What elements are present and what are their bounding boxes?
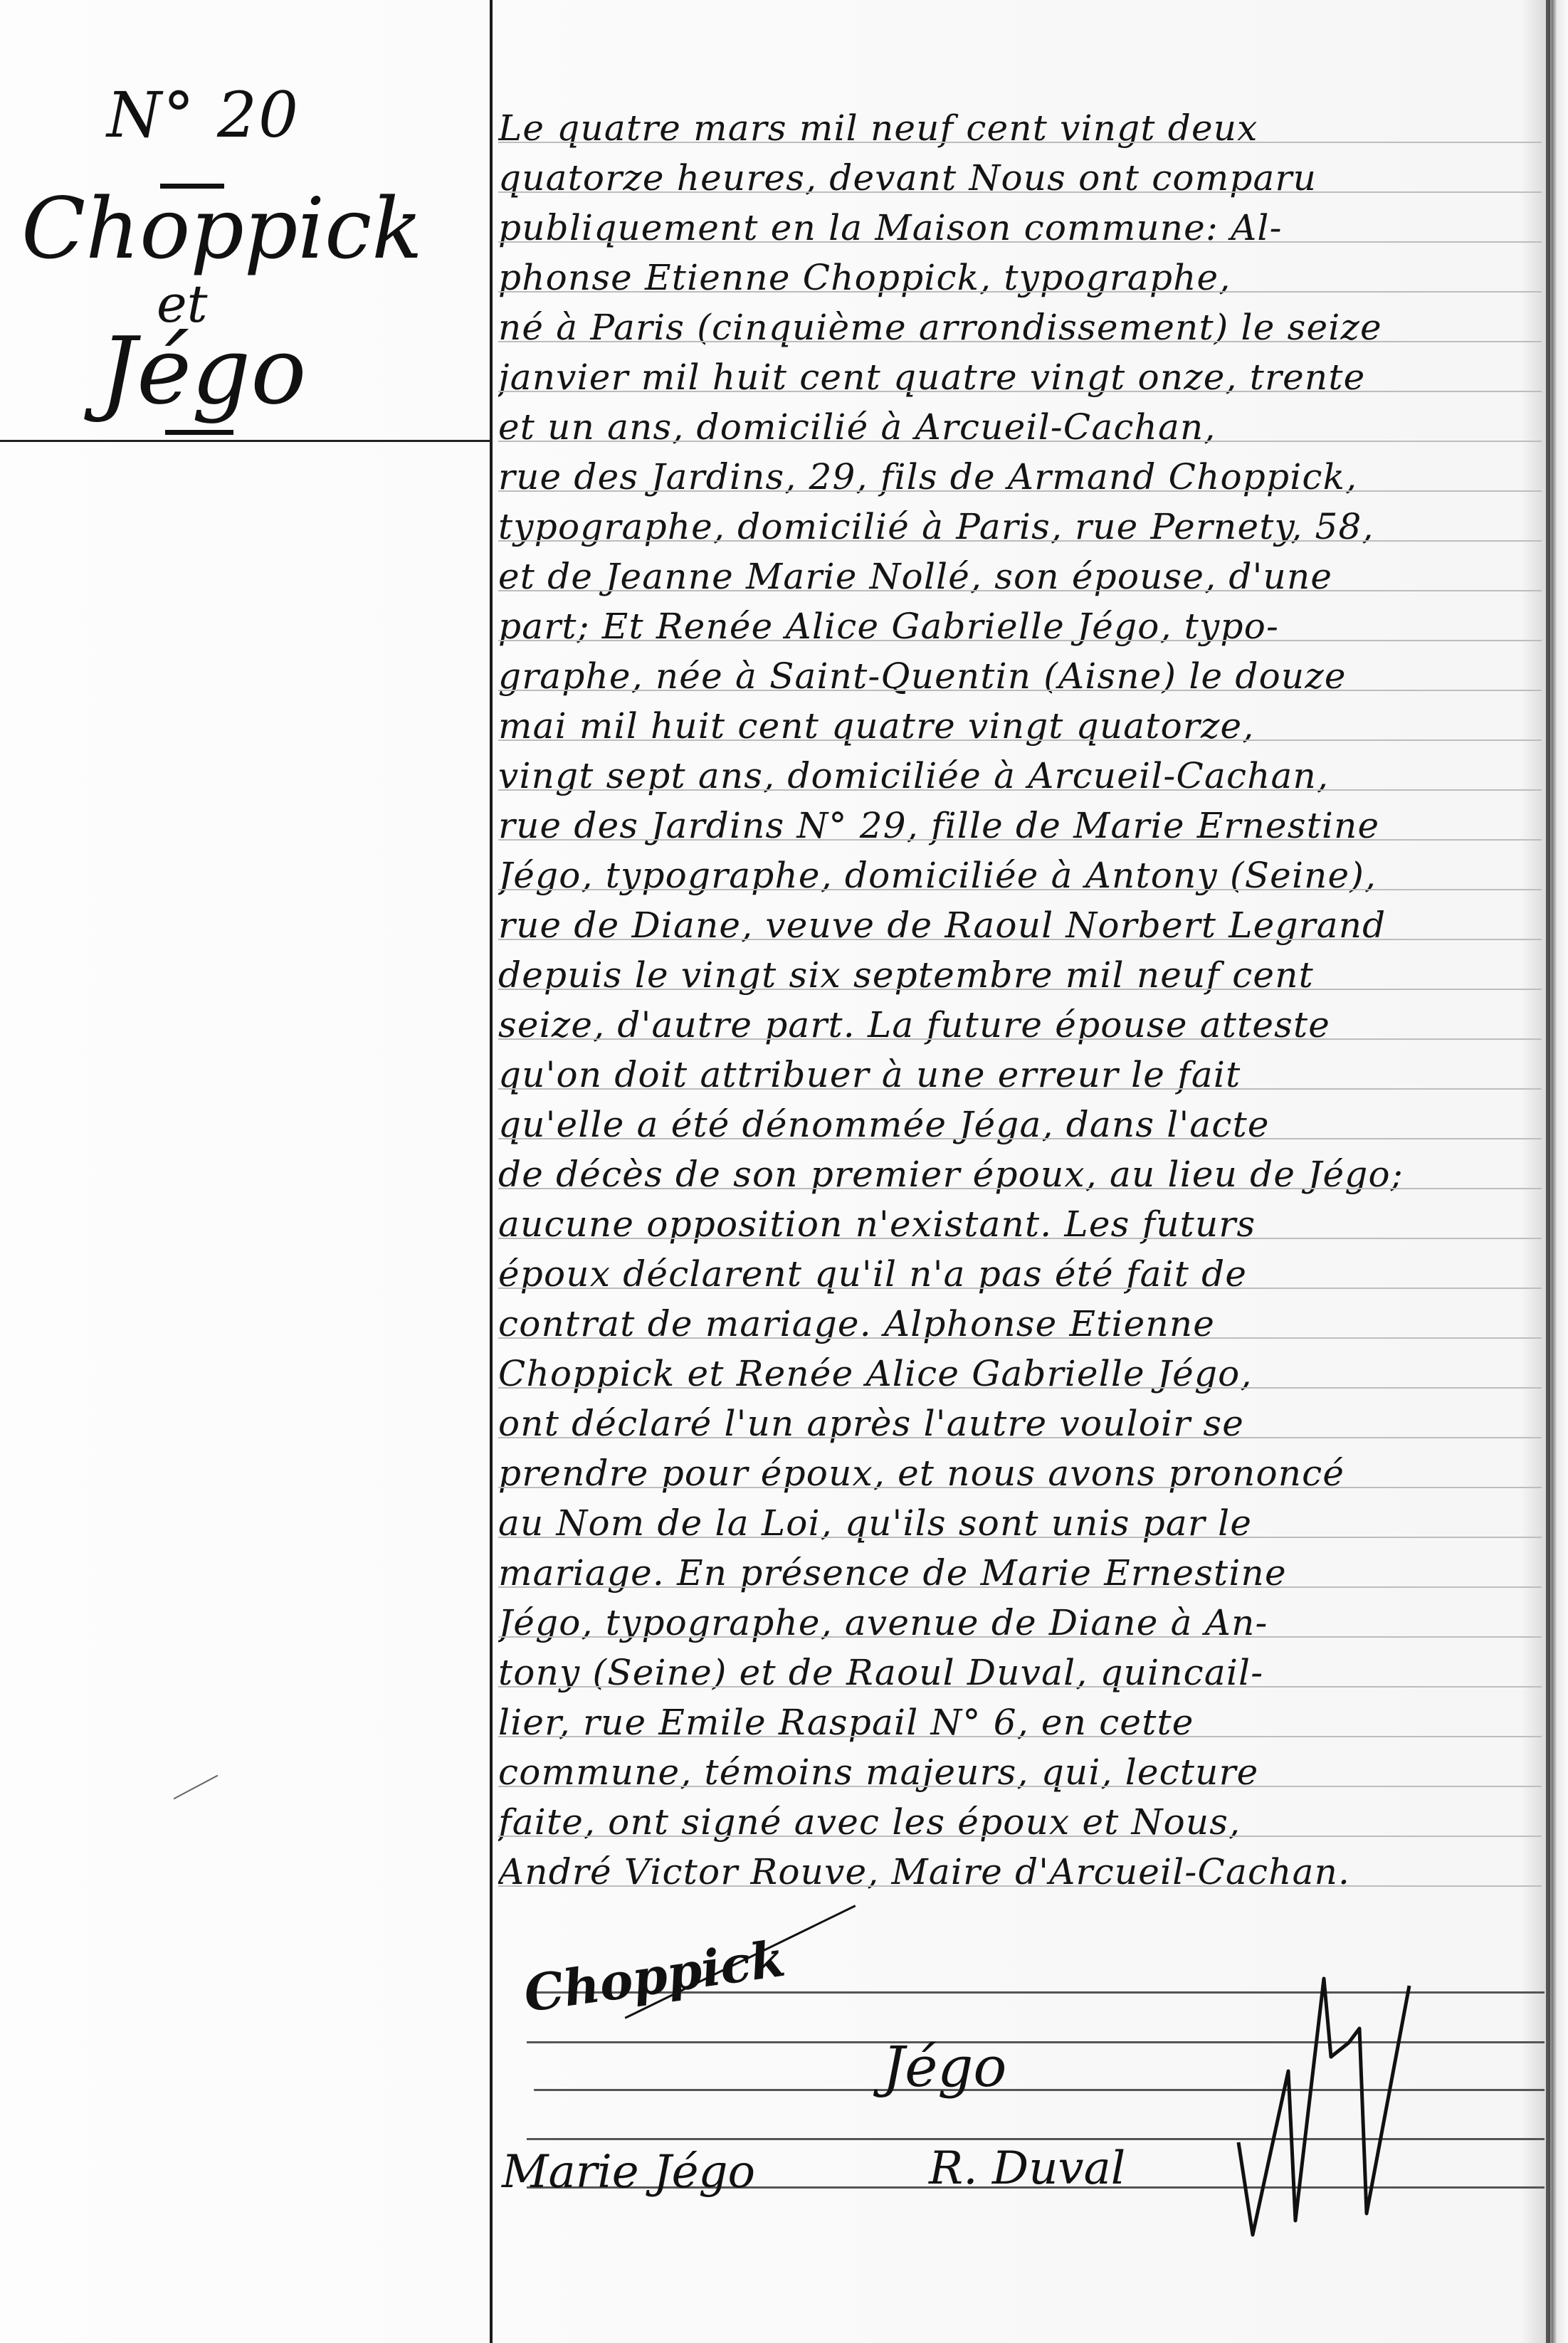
groom-surname: Choppick xyxy=(21,179,423,278)
text-line: Jégo, typographe, avenue de Diane à An- xyxy=(498,1598,1537,1648)
text-line: rue des Jardins N° 29, fille de Marie Er… xyxy=(498,801,1537,851)
text-line: mai mil huit cent quatre vingt quatorze, xyxy=(498,701,1537,751)
bride-surname: Jégo xyxy=(100,317,307,425)
text-line: seize, d'autre part. La future épouse at… xyxy=(498,1000,1537,1050)
ruling-line xyxy=(498,839,1542,841)
ruling-line xyxy=(498,640,1542,641)
ruling-line xyxy=(498,1487,1542,1488)
witness-2-signature: R. Duval xyxy=(929,2142,1125,2195)
ruling-line xyxy=(498,789,1542,791)
ruling-line xyxy=(498,1836,1542,1837)
ruling-line xyxy=(498,341,1542,342)
text-line: époux déclarent qu'il n'a pas été fait d… xyxy=(498,1249,1537,1299)
ruling-line xyxy=(498,540,1542,542)
ruling-line xyxy=(498,1537,1542,1538)
ruling-line xyxy=(498,1188,1542,1189)
ruling-line xyxy=(498,1288,1542,1289)
text-line: faite, ont signé avec les époux et Nous, xyxy=(498,1797,1537,1847)
ruling-line xyxy=(498,441,1542,442)
ruling-line xyxy=(498,1885,1542,1887)
margin-divider xyxy=(490,0,493,2343)
ruling-line xyxy=(498,1238,1542,1239)
register-page: N° 20 Choppick et Jégo Le quatre mars mi… xyxy=(0,0,1568,2343)
ruling-line xyxy=(498,391,1542,392)
ruling-line xyxy=(498,241,1542,243)
text-line: qu'elle a été dénommée Jéga, dans l'acte xyxy=(498,1100,1537,1149)
ruling-line xyxy=(498,590,1542,591)
ruling-line xyxy=(498,1138,1542,1139)
text-line: Choppick et Renée Alice Gabrielle Jégo, xyxy=(498,1349,1537,1399)
ruling-line xyxy=(498,490,1542,492)
text-line: prendre pour époux, et nous avons pronon… xyxy=(498,1448,1537,1498)
text-line: graphe, née à Saint-Quentin (Aisne) le d… xyxy=(498,651,1537,701)
text-line: de décès de son premier époux, au lieu d… xyxy=(498,1149,1537,1199)
ruling-line xyxy=(498,142,1542,143)
ruling-line xyxy=(498,690,1542,691)
margin-header-rule xyxy=(0,440,491,442)
text-line: vingt sept ans, domiciliée à Arcueil-Cac… xyxy=(498,751,1537,801)
text-line: contrat de mariage. Alphonse Etienne xyxy=(498,1299,1537,1349)
underline-bar xyxy=(165,430,233,435)
groom-signature: Choppick xyxy=(520,1929,789,2024)
margin-pen-stroke xyxy=(174,1775,219,1800)
text-line: rue de Diane, veuve de Raoul Norbert Leg… xyxy=(498,900,1537,950)
text-line: Le quatre mars mil neuf cent vingt deux xyxy=(498,103,1537,153)
text-line: publiquement en la Maison commune: Al- xyxy=(498,203,1537,253)
ruling-line xyxy=(498,1586,1542,1588)
text-line: phonse Etienne Choppick, typographe, xyxy=(498,253,1537,302)
ruling-line xyxy=(498,989,1542,990)
text-line: commune, témoins majeurs, qui, lecture xyxy=(498,1747,1537,1797)
text-line: lier, rue Emile Raspail N° 6, en cette xyxy=(498,1697,1537,1747)
witness-1-signature: Marie Jégo xyxy=(502,2146,755,2199)
ruling-line xyxy=(498,1337,1542,1339)
text-line: au Nom de la Loi, qu'ils sont unis par l… xyxy=(498,1498,1537,1548)
text-line: Jégo, typographe, domiciliée à Antony (S… xyxy=(498,851,1537,900)
text-line: part; Et Renée Alice Gabrielle Jégo, typ… xyxy=(498,601,1537,651)
ruling-line xyxy=(498,889,1542,890)
margin-header: N° 20 Choppick et Jégo xyxy=(0,0,490,440)
ruling-line xyxy=(498,739,1542,741)
mayor-signature xyxy=(1224,1957,1466,2242)
text-line: et de Jeanne Marie Nollé, son épouse, d'… xyxy=(498,552,1537,601)
bride-signature: Jégo xyxy=(883,2036,1006,2100)
ruling-line xyxy=(498,1786,1542,1787)
ruling-line xyxy=(498,291,1542,293)
ruling-line xyxy=(498,1387,1542,1389)
ruling-line xyxy=(498,191,1542,193)
ruling-line xyxy=(498,1437,1542,1438)
ruling-line xyxy=(498,1636,1542,1638)
ruling-line xyxy=(498,1038,1542,1040)
text-line: janvier mil huit cent quatre vingt onze,… xyxy=(498,352,1537,402)
ruling-line xyxy=(498,1736,1542,1737)
page-edge xyxy=(1546,0,1550,2343)
text-line: tony (Seine) et de Raoul Duval, quincail… xyxy=(498,1648,1537,1697)
ruling-line xyxy=(498,1088,1542,1090)
text-line: depuis le vingt six septembre mil neuf c… xyxy=(498,950,1537,1000)
text-line: né à Paris (cinquième arrondissement) le… xyxy=(498,302,1537,352)
text-line: ont déclaré l'un après l'autre vouloir s… xyxy=(498,1399,1537,1448)
act-number: N° 20 xyxy=(107,78,300,152)
text-line: André Victor Rouve, Maire d'Arcueil-Cach… xyxy=(498,1847,1537,1897)
text-line: quatorze heures, devant Nous ont comparu xyxy=(498,153,1537,203)
text-line: typographe, domicilié à Paris, rue Perne… xyxy=(498,502,1537,552)
text-line: qu'on doit attribuer à une erreur le fai… xyxy=(498,1050,1537,1100)
text-line: et un ans, domicilié à Arcueil-Cachan, xyxy=(498,402,1537,452)
text-line: aucune opposition n'existant. Les futurs xyxy=(498,1199,1537,1249)
text-line: mariage. En présence de Marie Ernestine xyxy=(498,1548,1537,1598)
text-line: rue des Jardins, 29, fils de Armand Chop… xyxy=(498,452,1537,502)
ruling-line xyxy=(498,939,1542,940)
ruling-line xyxy=(498,1686,1542,1688)
